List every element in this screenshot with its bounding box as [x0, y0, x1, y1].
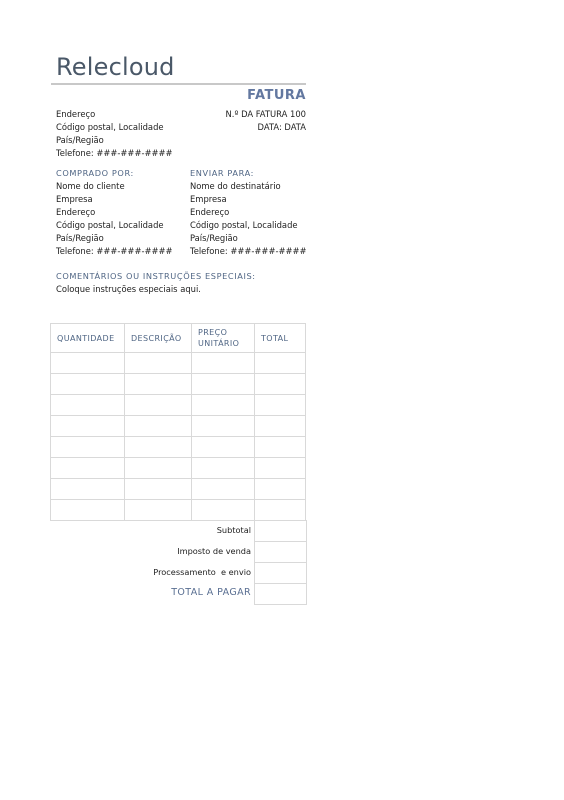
- bill-to-line: Telefone: ###-###-####: [56, 245, 173, 258]
- table-row: [51, 374, 306, 395]
- header-divider: [51, 83, 306, 85]
- cell-description[interactable]: [125, 500, 192, 521]
- cell-unit-price[interactable]: [192, 500, 255, 521]
- ship-to-line: Nome do destinatário: [190, 180, 307, 193]
- subtotal-row: Subtotal: [50, 520, 306, 541]
- cell-description[interactable]: [125, 374, 192, 395]
- table-row: [51, 395, 306, 416]
- bill-to-line: País/Região: [56, 232, 173, 245]
- cell-unit-price[interactable]: [192, 395, 255, 416]
- invoice-title: FATURA: [247, 88, 306, 103]
- cell-unit-price[interactable]: [192, 353, 255, 374]
- table-row: [51, 416, 306, 437]
- line-items-table: QUANTIDADE DESCRIÇÃO PREÇO UNITÁRIO TOTA…: [50, 323, 306, 521]
- cell-total[interactable]: [255, 395, 306, 416]
- bill-to-line: Nome do cliente: [56, 180, 173, 193]
- cell-quantity[interactable]: [51, 395, 125, 416]
- cell-unit-price[interactable]: [192, 374, 255, 395]
- cell-description[interactable]: [125, 416, 192, 437]
- company-address: Endereço Código postal, Localidade País/…: [56, 108, 173, 160]
- table-row: [51, 437, 306, 458]
- bill-to-heading: COMPRADO POR:: [56, 167, 173, 180]
- comments-text: Coloque instruções especiais aqui.: [56, 283, 256, 296]
- comments-heading: COMENTÁRIOS OU INSTRUÇÕES ESPECIAIS:: [56, 270, 256, 283]
- invoice-number: N.º DA FATURA 100: [226, 108, 306, 121]
- company-address-line: País/Região: [56, 134, 173, 147]
- cell-quantity[interactable]: [51, 437, 125, 458]
- column-header-quantity: QUANTIDADE: [51, 324, 125, 353]
- company-address-line: Endereço: [56, 108, 173, 121]
- bill-to-line: Endereço: [56, 206, 173, 219]
- cell-description[interactable]: [125, 395, 192, 416]
- subtotal-value-cell[interactable]: [254, 520, 307, 542]
- table-header-row: QUANTIDADE DESCRIÇÃO PREÇO UNITÁRIO TOTA…: [51, 324, 306, 353]
- total-due-row: TOTAL A PAGAR: [50, 583, 306, 604]
- cell-quantity[interactable]: [51, 479, 125, 500]
- bill-to-line: Código postal, Localidade: [56, 219, 173, 232]
- cell-total[interactable]: [255, 458, 306, 479]
- cell-total[interactable]: [255, 416, 306, 437]
- shipping-row: Processamento e envio: [50, 562, 306, 583]
- tax-label: Imposto de venda: [177, 546, 251, 556]
- shipping-value-cell[interactable]: [254, 562, 307, 584]
- cell-description[interactable]: [125, 458, 192, 479]
- invoice-meta: N.º DA FATURA 100 DATA: DATA: [226, 108, 306, 134]
- tax-value-cell[interactable]: [254, 541, 307, 563]
- ship-to-line: Empresa: [190, 193, 307, 206]
- table-row: [51, 479, 306, 500]
- ship-to-line: Código postal, Localidade: [190, 219, 307, 232]
- total-due-label: TOTAL A PAGAR: [171, 587, 251, 598]
- table-row: [51, 458, 306, 479]
- cell-quantity[interactable]: [51, 500, 125, 521]
- bill-to-line: Empresa: [56, 193, 173, 206]
- table-row: [51, 500, 306, 521]
- ship-to-line: País/Região: [190, 232, 307, 245]
- invoice-date: DATA: DATA: [226, 121, 306, 134]
- cell-unit-price[interactable]: [192, 458, 255, 479]
- cell-unit-price[interactable]: [192, 416, 255, 437]
- cell-description[interactable]: [125, 437, 192, 458]
- column-header-description: DESCRIÇÃO: [125, 324, 192, 353]
- bill-to-section: COMPRADO POR: Nome do cliente Empresa En…: [56, 167, 173, 258]
- cell-total[interactable]: [255, 500, 306, 521]
- cell-total[interactable]: [255, 479, 306, 500]
- cell-quantity[interactable]: [51, 458, 125, 479]
- cell-quantity[interactable]: [51, 353, 125, 374]
- column-header-total: TOTAL: [255, 324, 306, 353]
- ship-to-line: Telefone: ###-###-####: [190, 245, 307, 258]
- company-address-line: Código postal, Localidade: [56, 121, 173, 134]
- total-due-value-cell[interactable]: [254, 583, 307, 605]
- ship-to-line: Endereço: [190, 206, 307, 219]
- cell-total[interactable]: [255, 353, 306, 374]
- tax-row: Imposto de venda: [50, 541, 306, 562]
- cell-unit-price[interactable]: [192, 479, 255, 500]
- cell-total[interactable]: [255, 437, 306, 458]
- ship-to-section: ENVIAR PARA: Nome do destinatário Empres…: [190, 167, 307, 258]
- ship-to-heading: ENVIAR PARA:: [190, 167, 307, 180]
- cell-quantity[interactable]: [51, 416, 125, 437]
- subtotal-label: Subtotal: [217, 525, 251, 535]
- cell-unit-price[interactable]: [192, 437, 255, 458]
- comments-section: COMENTÁRIOS OU INSTRUÇÕES ESPECIAIS: Col…: [56, 270, 256, 296]
- column-header-unit-price: PREÇO UNITÁRIO: [192, 324, 255, 353]
- company-logo: Relecloud: [56, 53, 175, 81]
- cell-description[interactable]: [125, 353, 192, 374]
- company-phone: Telefone: ###-###-####: [56, 147, 173, 160]
- table-row: [51, 353, 306, 374]
- cell-quantity[interactable]: [51, 374, 125, 395]
- cell-total[interactable]: [255, 374, 306, 395]
- shipping-label: Processamento e envio: [153, 567, 251, 577]
- cell-description[interactable]: [125, 479, 192, 500]
